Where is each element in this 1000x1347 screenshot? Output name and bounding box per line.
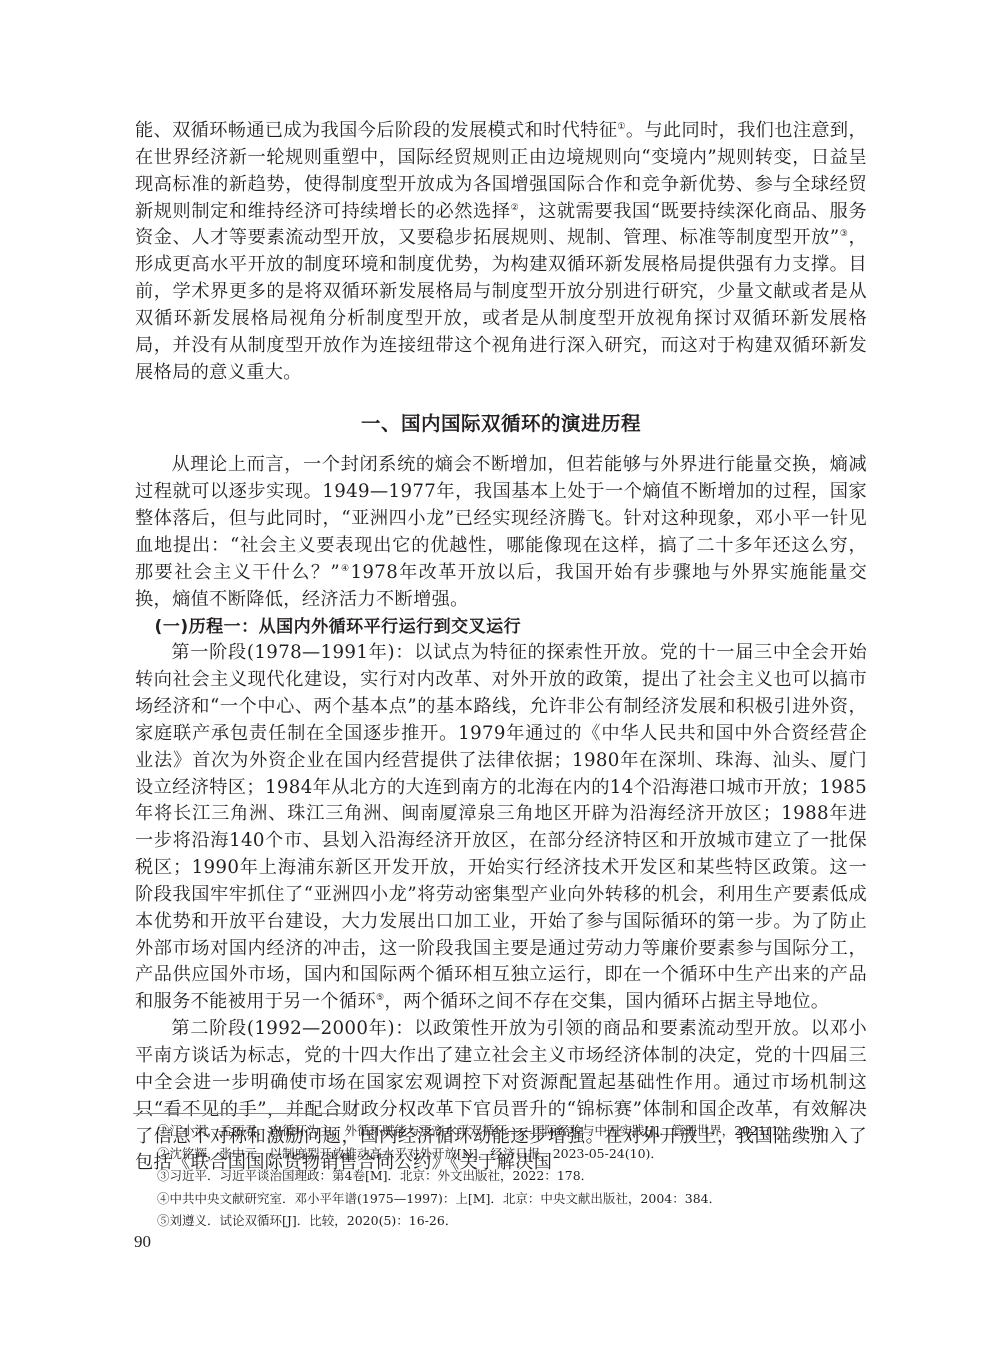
footnote-5: ⑤刘遵义．试论双循环[J]．比较，2020(5)：16-26． xyxy=(157,1210,867,1233)
paragraph-text: ，两个循环之间不存在交集，国内循环占据主导地位。 xyxy=(384,991,829,1012)
article-body: 能、双循环畅通已成为我国今后阶段的发展模式和时代特征①。与此同时，我们也注意到，… xyxy=(135,118,867,1177)
paragraph-text: ，形成更高水平开放的制度环境和制度优势，为构建双循环新发展格局提供强有力支撑。目… xyxy=(135,227,867,382)
theory-paragraph: 从理论上而言，一个封闭系统的熵会不断增加，但若能够与外界进行能量交换，熵减过程就… xyxy=(135,452,867,613)
footnote-4: ④中共中央文献研究室．邓小平年谱(1975—1997)：上[M]．北京：中央文献… xyxy=(157,1188,867,1211)
intro-paragraph: 能、双循环畅通已成为我国今后阶段的发展模式和时代特征①。与此同时，我们也注意到，… xyxy=(135,118,867,386)
footnote-2: ②沈铭辉，张中元．以制度型开放推动高水平对外开放[N]．经济日报，2023-05… xyxy=(157,1143,867,1166)
stage1-paragraph: 第一阶段(1978—1991年)：以试点为特征的探索性开放。党的十一届三中全会开… xyxy=(135,640,867,1016)
footnote-ref-2[interactable]: ② xyxy=(511,203,520,213)
paragraph-text: 第一阶段(1978—1991年)：以试点为特征的探索性开放。党的十一届三中全会开… xyxy=(135,642,867,1012)
footnote-1: ①江小涓，孟丽君．内循环为主、外循环赋能与更高水平双循环——国际经验与中国实践[… xyxy=(157,1120,867,1143)
footnote-ref-1[interactable]: ① xyxy=(617,122,625,132)
section-heading: 一、国内国际双循环的演进历程 xyxy=(135,411,867,437)
sub-heading: (一)历程一：从国内外循环平行运行到交叉运行 xyxy=(135,614,867,641)
footnote-3: ③习近平．习近平谈治国理政：第4卷[M]．北京：外文出版社，2022：178． xyxy=(157,1165,867,1188)
page-number: 90 xyxy=(134,1232,151,1252)
footnote-divider xyxy=(133,1113,355,1114)
paragraph-text: 能、双循环畅通已成为我国今后阶段的发展模式和时代特征 xyxy=(135,120,617,141)
footnotes: ①江小涓，孟丽君．内循环为主、外循环赋能与更高水平双循环——国际经验与中国实践[… xyxy=(157,1120,867,1233)
footnote-ref-4[interactable]: ④ xyxy=(340,564,350,574)
